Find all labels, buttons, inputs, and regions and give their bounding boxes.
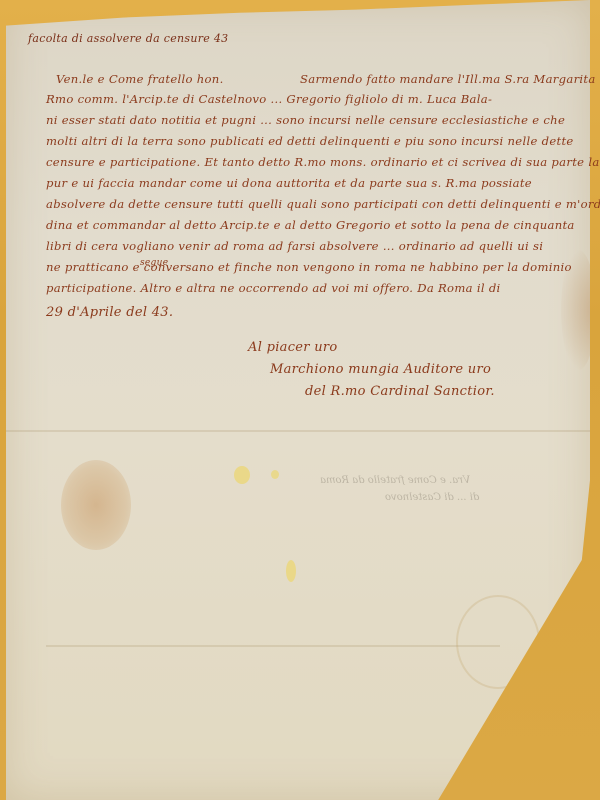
yellow-spot (234, 466, 250, 484)
letter-line: ni esser stati dato notitia et pugni ...… (46, 113, 565, 127)
letter-line-right: Sarmendo fatto mandare l'Ill.ma S.ra Mar… (300, 72, 600, 86)
bleed-through-text: Vra. e Come fratello da Roma (320, 475, 470, 486)
signature-line: Marchiono mungia Auditore uro (270, 362, 491, 377)
letter-line: Rmo comm. l'Arcip.te di Castelnovo ... G… (46, 92, 492, 106)
fold-crease-lower (46, 645, 500, 647)
bleed-through-text: di ... di Castelnovo (385, 492, 479, 503)
letter-line: ne pratticano e conversano et finche non… (46, 260, 572, 274)
superscript-note: segue (140, 258, 168, 268)
letter-line: Ven.le e Come fratello hon. (56, 72, 224, 86)
fold-crease (6, 430, 590, 432)
docket-note: facolta di assolvere da censure 43 (28, 32, 228, 45)
yellow-spot (286, 560, 296, 582)
letter-line: censure e participatione. Et tanto detto… (46, 155, 600, 169)
letter-line: dina et commandar al detto Arcip.te e al… (46, 218, 575, 232)
yellow-spot (271, 470, 279, 479)
signature-title: del R.mo Cardinal Sanctior. (305, 384, 495, 399)
letter-line: participatione. Altro e altra ne occorre… (46, 281, 501, 295)
letter-line: libri di cera vogliano venir ad roma ad … (46, 239, 543, 253)
water-stain (61, 460, 131, 550)
closing-salutation: Al piacer uro (248, 340, 338, 355)
letter-line: pur e ui faccia mandar come ui dona autt… (46, 176, 532, 190)
letter-date-line: 29 d'Aprile del 43. (46, 305, 173, 320)
letter-line: molti altri di la terra sono publicati e… (46, 134, 574, 148)
letter-line: absolvere da dette censure tutti quelli … (46, 197, 600, 211)
